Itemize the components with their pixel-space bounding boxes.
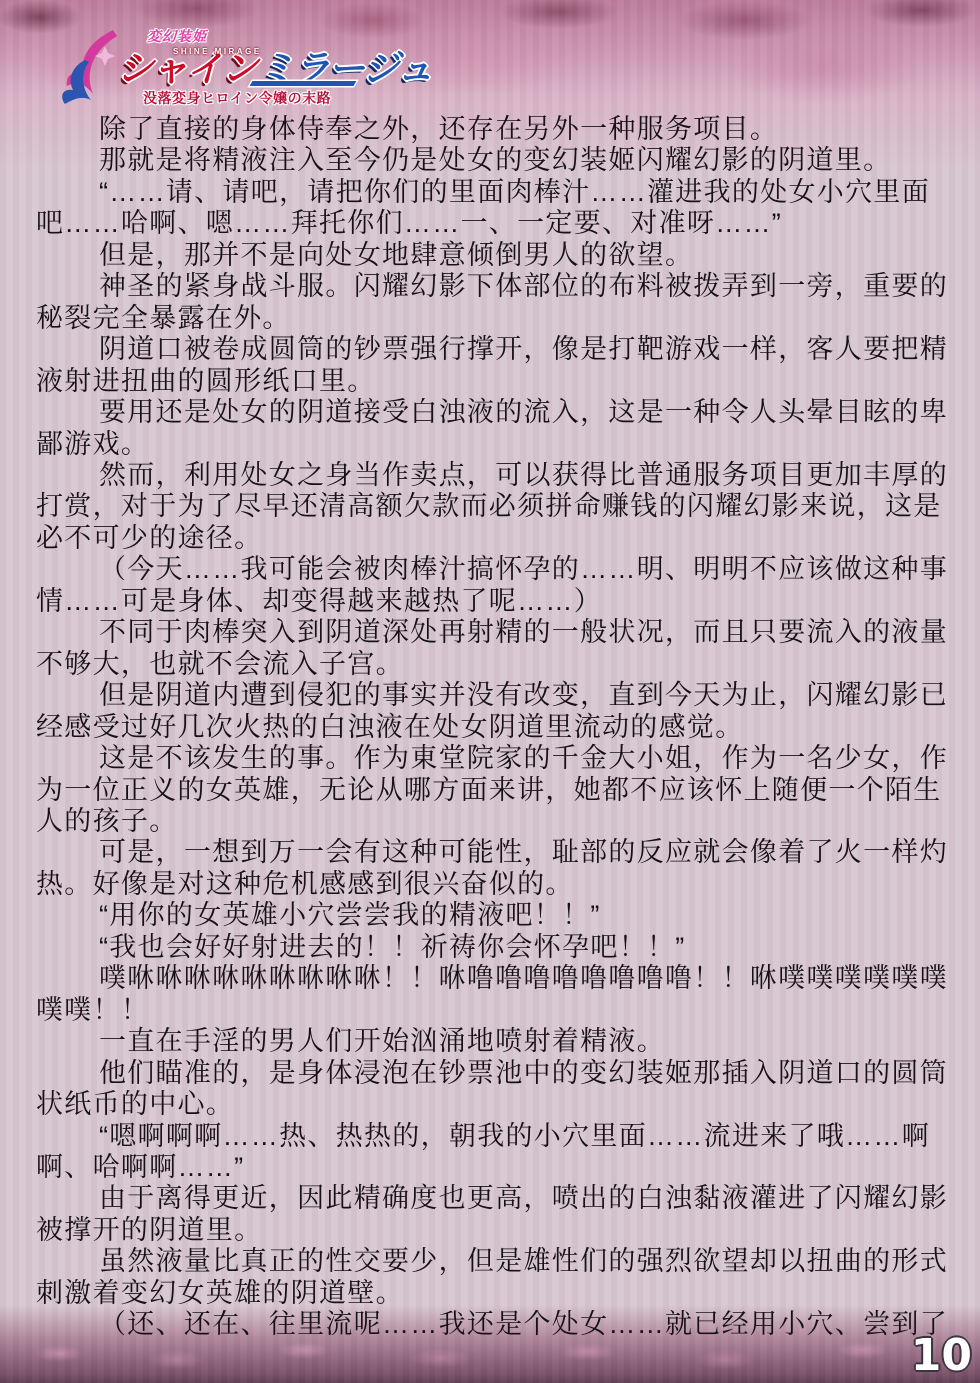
text-line: 情……可是身体、却变得越来越热了呢……） [36,586,951,617]
text-line: 为一位正义的女英雄，无论从哪方面来讲，她都不应该怀上随便一个陌生 [36,775,951,806]
text-line: 人的孩子。 [36,806,951,837]
text-line: 噗咻咻咻咻咻咻咻咻咻！！咻噜噜噜噜噜噜噜噜！！咻噗噗噗噗噗噗 [36,963,951,994]
text-line: “……请、请吧，请把你们的里面肉棒汁……灌进我的处女小穴里面 [36,177,951,208]
text-line: 但是，那并不是向处女地肆意倾倒男人的欲望。 [36,240,951,271]
text-line: 但是阴道内遭到侵犯的事实并没有改变，直到今天为止，闪耀幻影已 [36,680,951,711]
text-line: “嗯啊啊啊……热、热热的，朝我的小穴里面……流进来了哦……啊 [36,1121,951,1152]
text-line: 那就是将精液注入至今仍是处女的变幻装姬闪耀幻影的阴道里。 [36,145,951,176]
logo-romaji: SHINE MIRAGE [173,47,262,56]
text-line: “用你的女英雄小穴尝尝我的精液吧！！” [36,900,951,931]
logo-subtitle: 没落変身ヒロイン令嬢の末路 [143,88,331,108]
text-line: 不同于肉棒突入到阴道深处再射精的一般状况，而且只要流入的液量 [36,617,951,648]
text-line: 热。好像是对这种危机感感到很兴奋似的。 [36,869,951,900]
logo-underline-bar [250,81,357,86]
body-text: 除了直接的身体侍奉之外，还存在另外一种服务项目。那就是将精液注入至今仍是处女的变… [36,114,951,1341]
page-number: 10 [911,1330,972,1381]
text-line: 要用还是处女的阴道接受白浊液的流入，这是一种令人头晕目眩的卑 [36,397,951,428]
text-line: 除了直接的身体侍奉之外，还存在另外一种服务项目。 [36,114,951,145]
text-line: 噗噗！！ [36,995,951,1026]
text-line: 由于离得更近，因此精确度也更高，喷出的白浊黏液灌进了闪耀幻影 [36,1183,951,1214]
text-line: 状纸币的中心。 [36,1089,951,1120]
series-logo: 変幻装姫 シャインミラージュ SHINE MIRAGE 没落変身ヒロイン令嬢の末… [55,26,355,110]
text-line: （今天……我可能会被肉棒汁搞怀孕的……明、明明不应该做这种事 [36,554,951,585]
text-line: 吧……哈啊、嗯……拜托你们……一、一定要、对准呀……” [36,208,951,239]
text-line: 他们瞄准的，是身体浸泡在钞票池中的变幻装姬那插入阴道口的圆筒 [36,1058,951,1089]
text-line: 啊、哈啊啊……” [36,1152,951,1183]
text-line: 这是不该发生的事。作为東堂院家的千金大小姐，作为一名少女，作 [36,743,951,774]
text-line: 鄙游戏。 [36,429,951,460]
text-line: 不够大，也就不会流入子宫。 [36,649,951,680]
text-line: （还、还在、往里流呢……我还是个处女……就已经用小穴、尝到了 [36,1309,951,1340]
text-line: 打赏，对于为了尽早还清高额欠款而必须拼命赚钱的闪耀幻影来说，这是 [36,491,951,522]
text-line: 秘裂完全暴露在外。 [36,303,951,334]
text-line: 被撑开的阴道里。 [36,1215,951,1246]
text-line: 刺激着变幻女英雄的阴道壁。 [36,1278,951,1309]
text-line: 然而，利用处女之身当作卖点，可以获得比普通服务项目更加丰厚的 [36,460,951,491]
text-line: 液射进扭曲的圆形纸口里。 [36,366,951,397]
text-line: 虽然液量比真正的性交要少，但是雄性们的强烈欲望却以扭曲的形式 [36,1246,951,1277]
text-line: 一直在手淫的男人们开始汹涌地喷射着精液。 [36,1026,951,1057]
text-line: 经感受过好几次火热的白浊液在处女阴道里流动的感觉。 [36,712,951,743]
scanned-novel-page: 変幻装姫 シャインミラージュ SHINE MIRAGE 没落変身ヒロイン令嬢の末… [0,0,980,1383]
text-line: 必不可少的途径。 [36,523,951,554]
text-line: “我也会好好射进去的！！祈祷你会怀孕吧！！” [36,932,951,963]
text-line: 可是，一想到万一会有这种可能性，耻部的反应就会像着了火一样灼 [36,837,951,868]
text-line: 神圣的紧身战斗服。闪耀幻影下体部位的布料被拨弄到一旁，重要的 [36,271,951,302]
text-line: 阴道口被卷成圆筒的钞票强行撑开，像是打靶游戏一样，客人要把精 [36,334,951,365]
